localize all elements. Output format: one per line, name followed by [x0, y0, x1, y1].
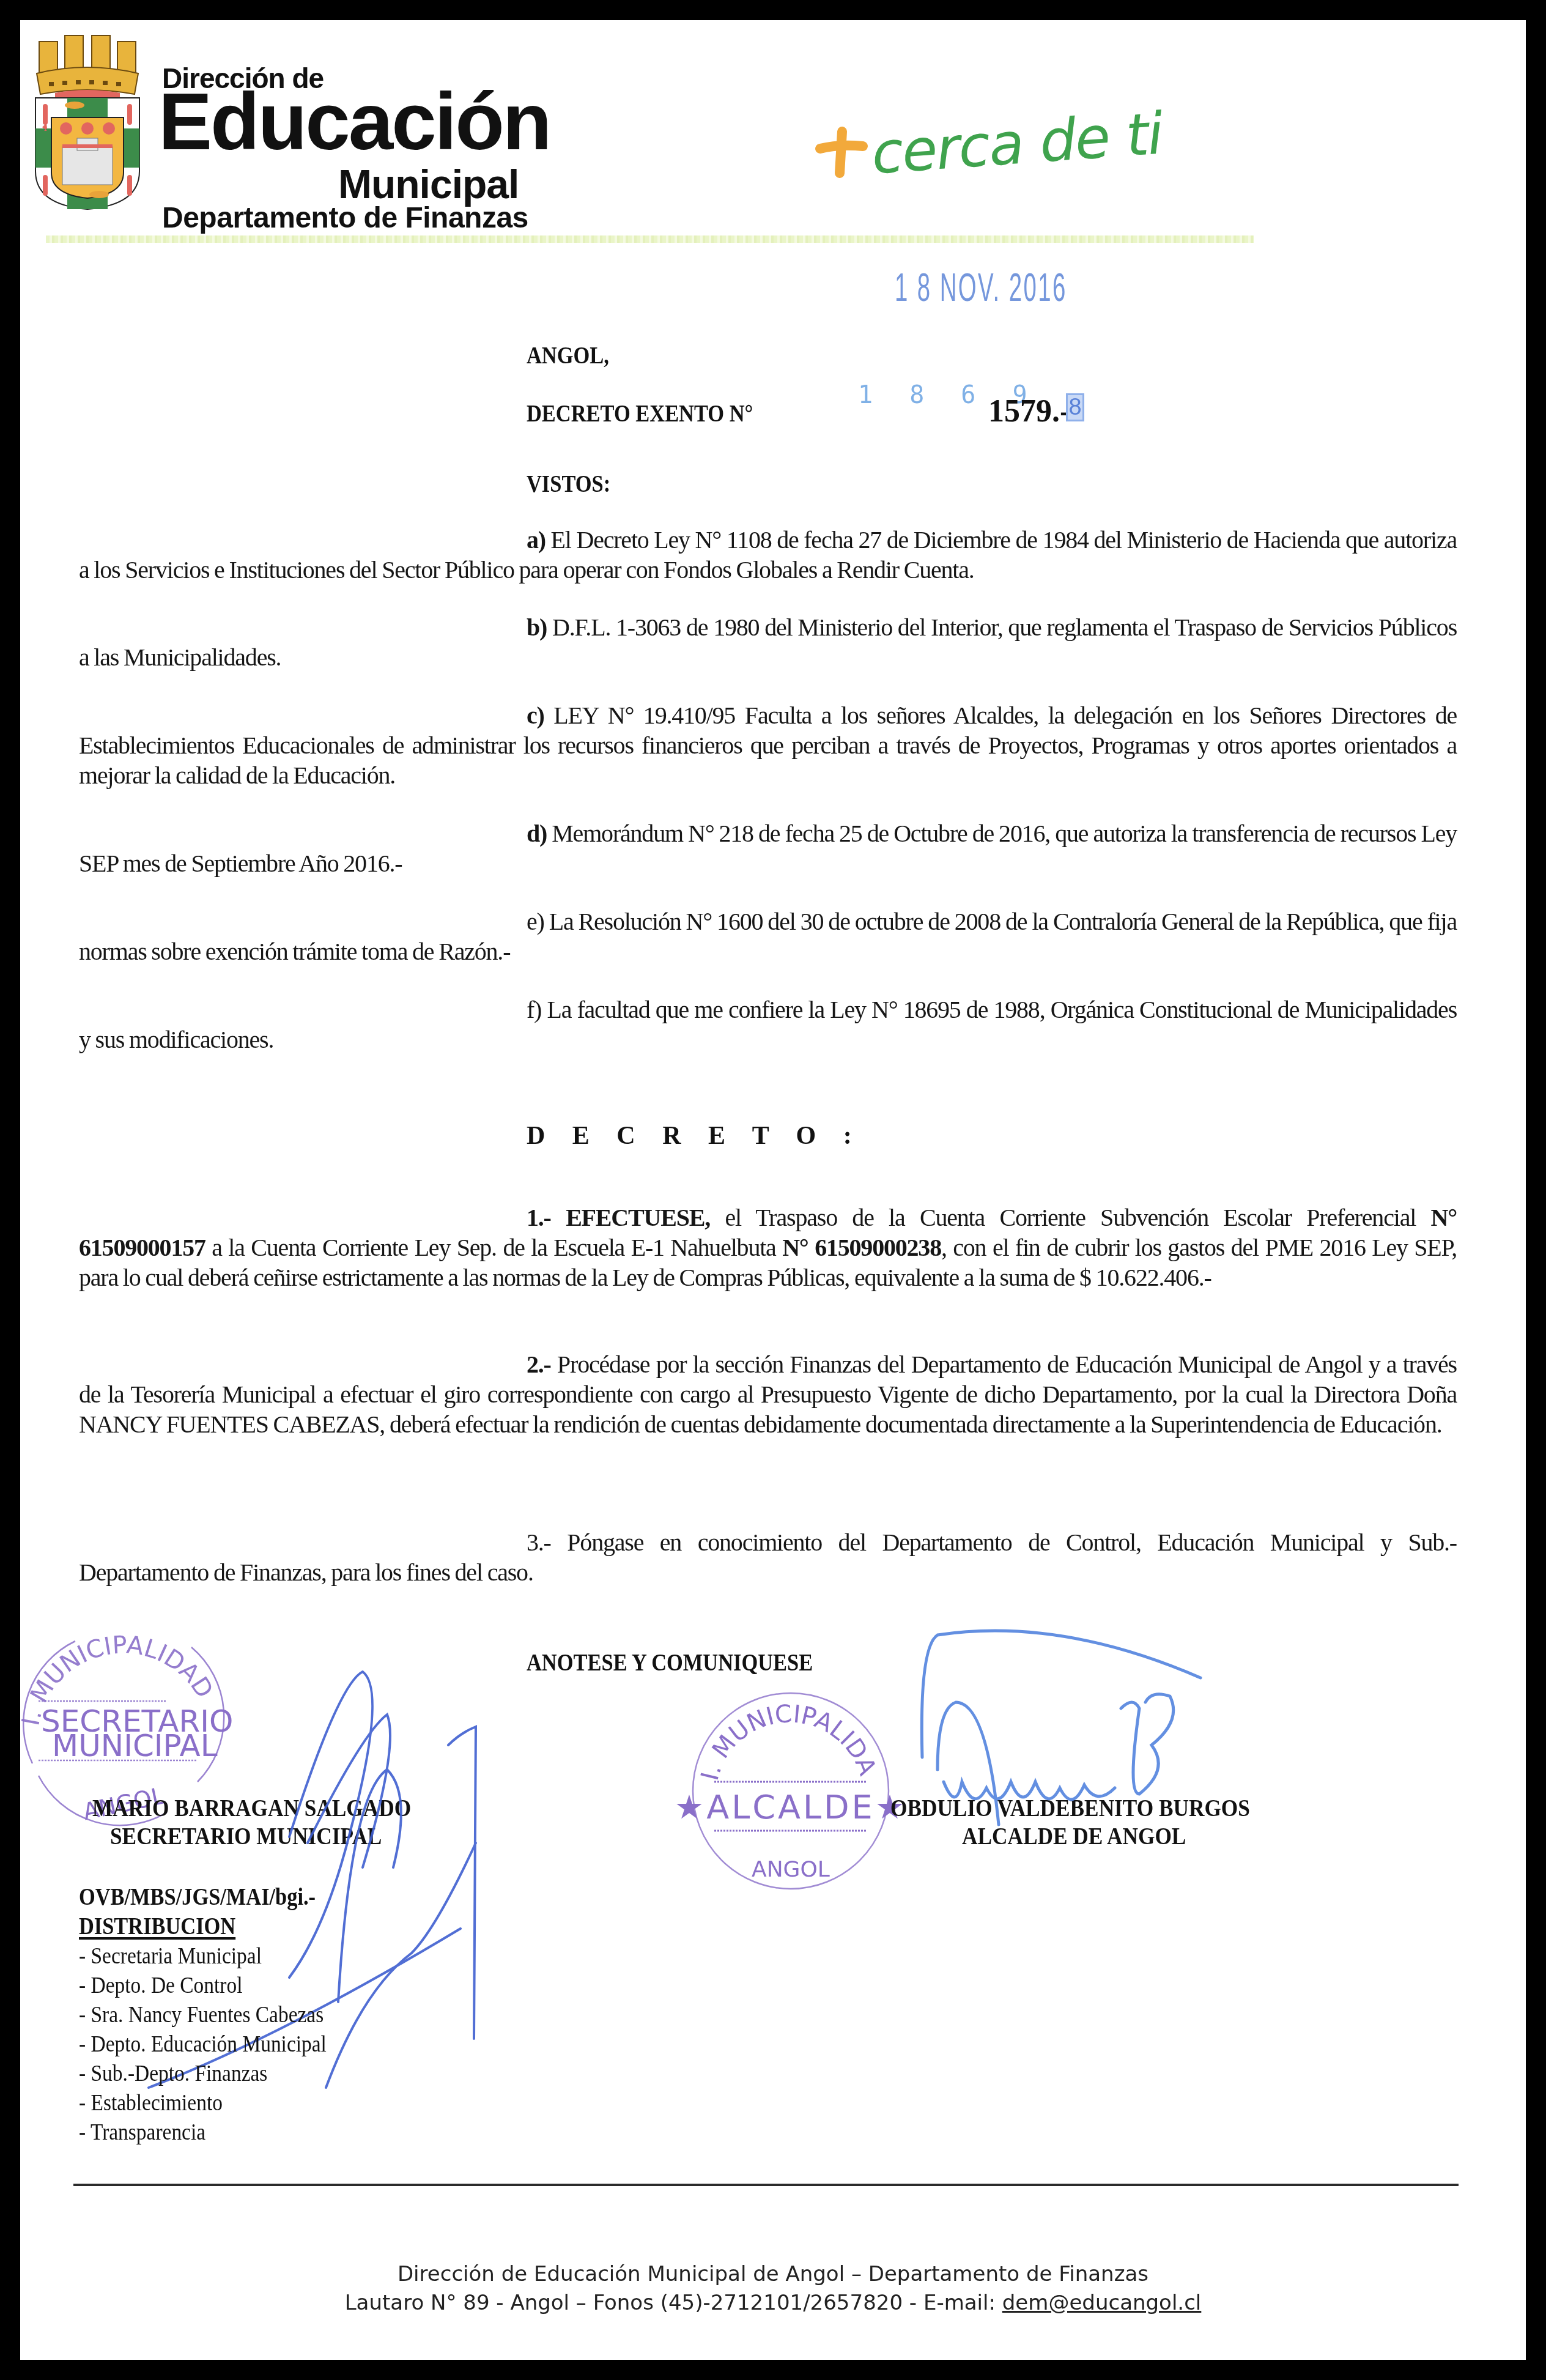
decree-number: 1579.-: [988, 393, 1070, 429]
distribution-block: OVB/MBS/JGS/MAI/bgi.- DISTRIBUCION - Sec…: [79, 1882, 360, 2147]
secretary-title: SECRETARIO MUNICIPAL: [110, 1821, 382, 1850]
footer-divider: [73, 2184, 1459, 2186]
visto-c: c) LEY N° 19.410/95 Faculta a los señore…: [79, 700, 1457, 790]
visto-b: b) D.F.L. 1-3063 de 1980 del Ministerio …: [79, 612, 1457, 672]
distribution-item: - Sub.-Depto. Finanzas: [79, 2059, 327, 2088]
distribution-item: - Sra. Nancy Fuentes Cabezas: [79, 2000, 327, 2030]
org-line-municipal: Municipal: [338, 164, 519, 204]
email-link[interactable]: dem@educangol.cl: [1002, 2291, 1202, 2315]
city-label: ANGOL,: [527, 340, 609, 369]
decree-number-label: DECRETO EXENTO N°: [527, 398, 753, 428]
document-page: Dirección de Educación Municipal Departa…: [20, 20, 1526, 2360]
svg-text:ANGOL: ANGOL: [752, 1857, 830, 1882]
distribution-item: - Depto. Educación Municipal: [79, 2030, 327, 2059]
distribution-item: - Depto. De Control: [79, 1971, 327, 2000]
article-3: 3.- Póngase en conocimiento del Departam…: [79, 1527, 1457, 1587]
mayor-seal-icon: I. MUNICIPALIDAD ★ALCALDE★ ANGOL: [681, 1678, 901, 1898]
distribution-title: DISTRIBUCION: [79, 1911, 235, 1941]
coat-of-arms-icon: [31, 31, 144, 211]
closing-formula: ANOTESE Y COMUNIQUESE: [527, 1647, 813, 1677]
visto-e: e) La Resolución N° 1600 del 30 de octub…: [79, 906, 1457, 966]
article-1: 1.- EFECTUESE, el Traspaso de la Cuenta …: [79, 1203, 1457, 1292]
mayor-title: ALCALDE DE ANGOL: [962, 1821, 1186, 1850]
svg-text:★ALCALDE★: ★ALCALDE★: [675, 1788, 907, 1826]
reference-initials: OVB/MBS/JGS/MAI/bgi.-: [79, 1882, 321, 1911]
distribution-item: - Establecimiento: [79, 2088, 327, 2118]
header-divider: [46, 235, 1254, 243]
secretary-name: MARIO BARRAGAN SALGADO: [92, 1793, 411, 1822]
date-stamp: 1 8 NOV. 2016: [895, 265, 1067, 310]
distribution-list: - Secretaria Municipal - Depto. De Contr…: [79, 1941, 360, 2147]
visto-f: f) La facultad que me confiere la Ley N°…: [79, 995, 1457, 1055]
footer-line-1: Dirección de Educación Municipal de Ango…: [20, 2262, 1526, 2286]
mayor-name: OBDULIO VALDEBENITO BURGOS: [890, 1793, 1250, 1822]
org-line-educacion: Educación: [158, 81, 550, 162]
footer-line-2: Lautaro N° 89 - Angol – Fonos (45)-27121…: [20, 2291, 1526, 2315]
vistos-label: VISTOS:: [527, 469, 610, 498]
decreto-heading: D E C R E T O :: [527, 1121, 862, 1151]
distribution-item: - Secretaria Municipal: [79, 1941, 327, 1971]
stamp-box-digit: 8: [1066, 393, 1084, 421]
org-line-departamento: Departamento de Finanzas: [162, 204, 528, 233]
visto-d: d) Memorándum N° 218 de fecha 25 de Octu…: [79, 818, 1457, 878]
svg-text:MUNICIPAL: MUNICIPAL: [52, 1728, 218, 1763]
distribution-item: - Transparencia: [79, 2118, 327, 2147]
article-2: 2.- Procédase por la sección Finanzas de…: [79, 1349, 1457, 1439]
visto-a: a) El Decreto Ley N° 1108 de fecha 27 de…: [79, 525, 1457, 585]
